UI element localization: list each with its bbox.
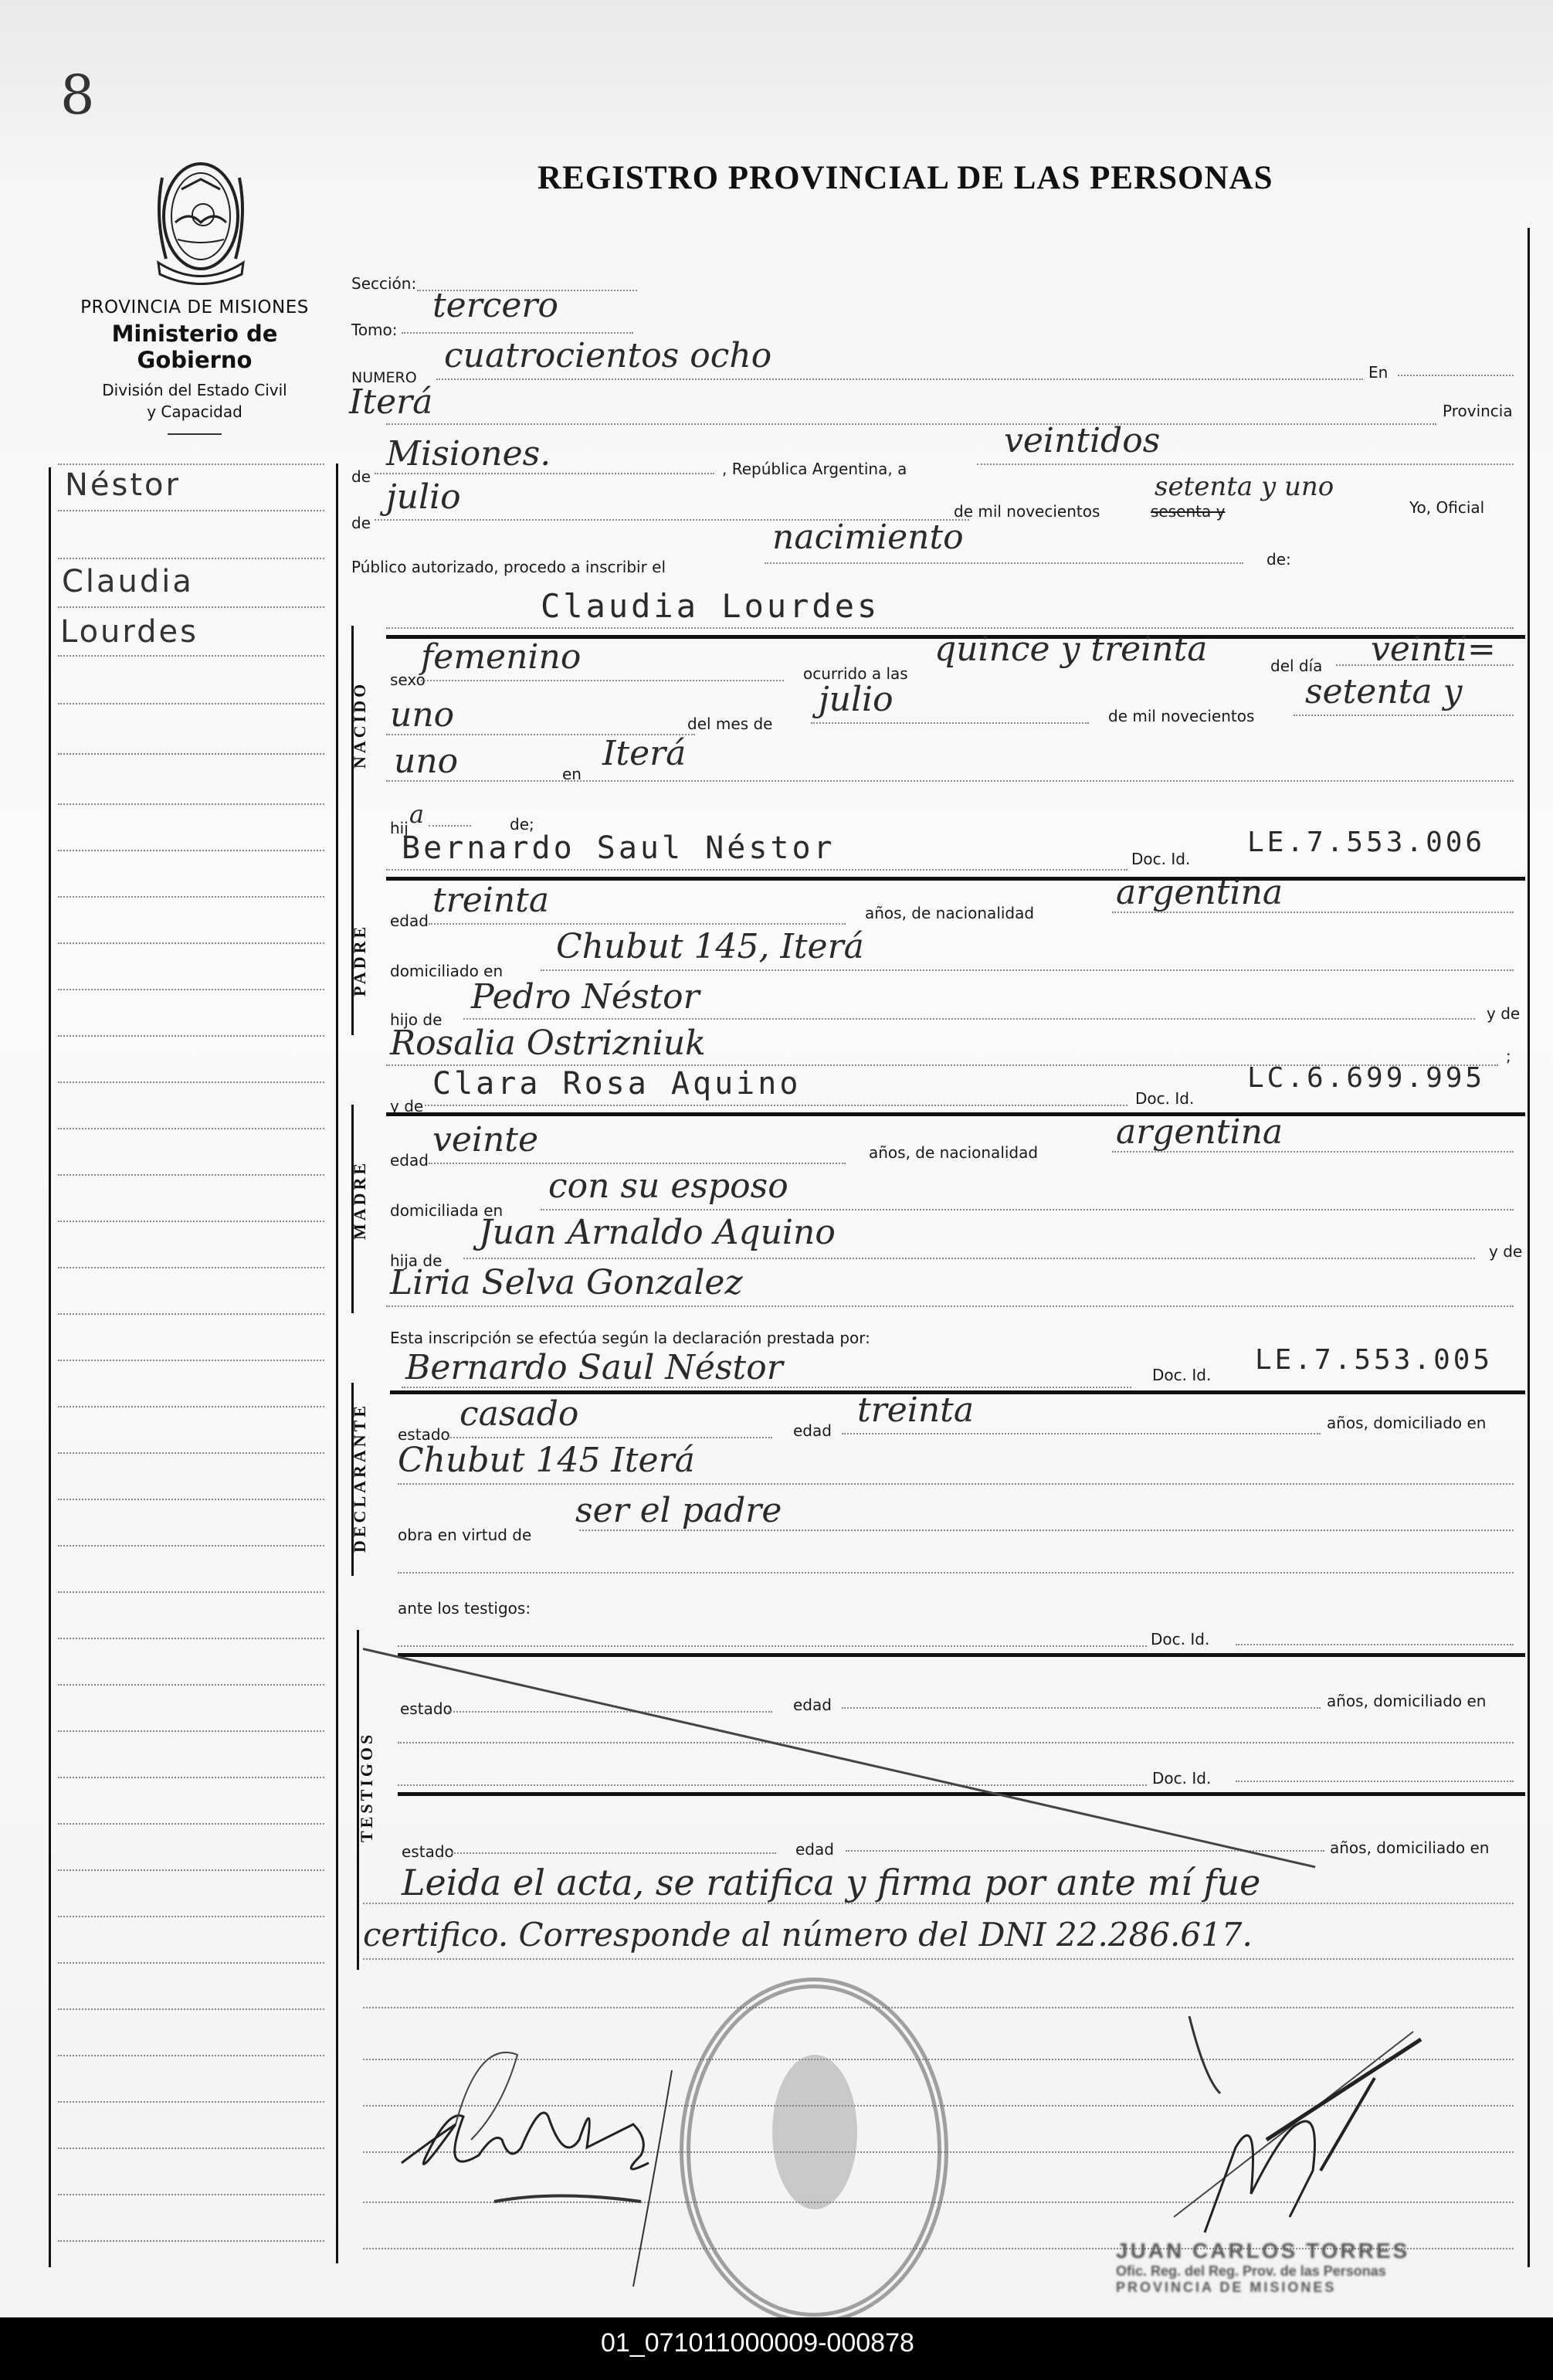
page-number: 8: [60, 63, 95, 127]
numero-field-line: [436, 379, 1363, 380]
madre-hija-de-value: Juan Arnaldo Aquino: [479, 1213, 836, 1252]
testigo-2-edad-label: edad: [795, 1840, 834, 1859]
closing-line-2: [363, 1958, 1514, 1960]
madre-madre-field-line: [386, 1305, 1514, 1307]
madre-domicilio-value: con su esposo: [548, 1166, 788, 1206]
closing-note-line-2: certifico. Corresponde al número del DNI…: [363, 1916, 1253, 1954]
oficial-label: Yo, Oficial: [1409, 498, 1484, 517]
declarante-domicilio-label: años, domiciliado en: [1327, 1414, 1486, 1432]
testigo-2-domicilio-label: años, domiciliado en: [1330, 1838, 1489, 1857]
margin-note-surname: Néstor: [65, 467, 181, 503]
testigo-1-estado-label: estado: [400, 1699, 453, 1718]
misiones-coat-of-arms-icon: [143, 154, 259, 286]
officer-name-stamp: JUAN CARLOS TORRES Ofic. Reg. del Reg. P…: [1116, 2239, 1409, 2296]
officer-signature: [1158, 2016, 1483, 2240]
testigos-intro-label: ante los testigos:: [398, 1599, 531, 1618]
padre-domicilio-field-line: [541, 969, 1514, 971]
madre-edad-field-line: [429, 1163, 846, 1164]
padre-nacionalidad-label: años, de nacionalidad: [865, 904, 1034, 922]
hijo-suffix: a: [409, 800, 424, 829]
padre-doc-value: LE.7.553.006: [1247, 827, 1485, 858]
issuer-block: PROVINCIA DE MISIONES Ministerio de Gobi…: [51, 297, 338, 435]
testigo-1-doc-field-line: [1236, 1644, 1514, 1645]
madre-doc-label: Doc. Id.: [1135, 1089, 1194, 1108]
padre-edad-label: edad: [390, 912, 429, 930]
declarante-edad-field-line: [842, 1433, 1321, 1434]
year-label: de mil novecientos: [954, 502, 1100, 521]
scan-id: 01_071011000009-000878: [601, 2328, 914, 2358]
lugar-field-line: [386, 780, 1514, 782]
issuer-province: PROVINCIA DE MISIONES: [51, 297, 338, 317]
testigo-1-estado-field-line: [448, 1711, 772, 1713]
issuer-division: División del Estado Civil y Capacidad: [51, 379, 338, 423]
section-label-declarante: DECLARANTE: [350, 1403, 370, 1553]
madre-domicilio-field-line: [541, 1209, 1514, 1210]
anio-value-1: setenta y: [1305, 672, 1462, 711]
testigo-2-estado-field-line: [452, 1852, 776, 1854]
declarante-doc-label: Doc. Id.: [1152, 1366, 1211, 1384]
tomo-label: Tomo:: [351, 321, 398, 339]
testigo-1-domicilio-field-line: [398, 1742, 1514, 1743]
margin-note-first-name: Claudia: [62, 564, 194, 599]
scan-footer-bar: 01_071011000009-000878: [0, 2317, 1553, 2380]
padre-madre-value: Rosalia Ostrizniuk: [390, 1024, 706, 1063]
declarante-domicilio-field-line: [398, 1483, 1514, 1485]
testigo-1-edad-field-line: [842, 1707, 1321, 1709]
madre-nacionalidad-label: años, de nacionalidad: [869, 1143, 1038, 1162]
declarante-intro-label: Esta inscripción se efectúa según la dec…: [390, 1329, 870, 1347]
republica-label: , República Argentina, a: [722, 460, 907, 478]
padre-y-de-label: y de: [1487, 1004, 1520, 1023]
madre-edad-value: veinte: [432, 1120, 538, 1159]
locality-value: Iterá: [349, 382, 432, 422]
provincia-label: Provincia: [1443, 402, 1513, 420]
officer-stamp-province: PROVINCIA DE MISIONES: [1116, 2280, 1409, 2296]
anio-label: de mil novecientos: [1108, 707, 1254, 725]
padre-name: Bernardo Saul Néstor: [402, 830, 836, 866]
act-type-field-line: [765, 562, 1243, 564]
hijo-suffix-line: [429, 825, 471, 827]
year-struck-text: sesenta y: [1151, 502, 1225, 521]
sexo-field-line: [421, 680, 784, 681]
de-label: de: [351, 467, 371, 486]
sexo-value: femenino: [421, 637, 581, 677]
madre-name-field-line: [425, 1105, 1127, 1106]
day-field-line: [977, 463, 1514, 465]
void-strike-line: [363, 1648, 1316, 1868]
issuer-ministry: Ministerio de Gobierno: [51, 321, 338, 373]
officer-stamp-title: Ofic. Reg. del Reg. Prov. de las Persona…: [1116, 2263, 1409, 2280]
day-value: veintidos: [1004, 421, 1160, 460]
en-field-line: [1398, 375, 1514, 376]
margin-note-second-name: Lourdes: [60, 614, 198, 650]
madre-edad-label: edad: [390, 1151, 429, 1170]
section-label-madre: MADRE: [350, 1160, 370, 1240]
testigo-2-doc-label: Doc. Id.: [1152, 1769, 1211, 1788]
issuer-rule: [168, 433, 222, 435]
declarante-doc-value: LE.7.553.005: [1255, 1344, 1493, 1376]
section-label-nacido: NACIDO: [350, 681, 370, 769]
de-colon-label: de:: [1266, 550, 1291, 569]
registered-name: Claudia Lourdes: [541, 587, 880, 625]
padre-edad-value: treinta: [432, 881, 549, 920]
act-type-value: nacimiento: [772, 518, 964, 557]
testigo-1-name-field-line: [398, 1645, 1147, 1647]
document-page: 8 REGISTRO PROVINCIAL DE LAS PERSONAS PR…: [0, 0, 1553, 2317]
month-value: julio: [386, 477, 461, 517]
left-frame-line: [49, 467, 51, 2267]
declarante-obra-value: ser el padre: [575, 1491, 782, 1530]
testigo-1-divider: [398, 1653, 1525, 1657]
declarante-estado-field-line: [448, 1437, 772, 1438]
madre-hija-de-field-line: [463, 1258, 1475, 1259]
anio-value-2: uno: [394, 742, 458, 781]
de-month-label: de: [351, 514, 371, 532]
anio-field-line: [1294, 715, 1514, 716]
mes-value: julio: [819, 680, 893, 719]
hora-value: quince y treinta: [934, 630, 1208, 669]
padre-domicilio-value: Chubut 145, Iterá: [556, 927, 864, 966]
closing-note-line-1: Leida el acta, se ratifica y firma por a…: [402, 1862, 1260, 1903]
declarante-domicilio-value: Chubut 145 Iterá: [398, 1441, 695, 1480]
publico-label: Público autorizado, procedo a inscribir …: [351, 558, 666, 576]
declarante-edad-label: edad: [793, 1421, 832, 1440]
padre-semicolon: ;: [1506, 1047, 1511, 1065]
margin-divider-line: [336, 463, 338, 2263]
tomo-value: tercero: [432, 286, 558, 325]
officer-stamp-name: JUAN CARLOS TORRES: [1116, 2239, 1409, 2263]
ruled-line: [363, 2007, 1514, 2008]
en-lugar-label: en: [562, 765, 582, 783]
padre-nacionalidad-value: argentina: [1116, 873, 1283, 912]
padre-hijo-de-field-line: [463, 1018, 1475, 1020]
dia-value-1: veinti=: [1371, 630, 1496, 669]
right-frame-line: [1528, 228, 1530, 2267]
padre-name-field-line: [386, 869, 1127, 871]
madre-y-de-label-2: y de: [1489, 1242, 1522, 1261]
testigo-1-edad-label: edad: [793, 1696, 832, 1714]
del-mes-label: del mes de: [687, 715, 772, 733]
en-label: En: [1368, 363, 1388, 382]
padre-doc-label: Doc. Id.: [1131, 850, 1190, 868]
testigo-2-name-field-line: [398, 1784, 1147, 1786]
testigo-1-doc-label: Doc. Id.: [1151, 1630, 1209, 1648]
province-value: Misiones.: [386, 434, 551, 474]
year-value: setenta y uno: [1155, 471, 1334, 502]
declarante-obra-label: obra en virtud de: [398, 1526, 531, 1544]
document-title: REGISTRO PROVINCIAL DE LAS PERSONAS: [537, 159, 1273, 197]
testigo-2-estado-label: estado: [402, 1842, 454, 1861]
locality-field-line: [386, 423, 1436, 425]
declarante-estado-value: casado: [459, 1394, 578, 1434]
testigo-2-doc-field-line: [1236, 1781, 1514, 1782]
madre-name: Clara Rosa Aquino: [432, 1066, 801, 1102]
tomo-field-line: [402, 332, 633, 334]
seccion-label: Sección:: [351, 274, 416, 293]
madre-madre-value: Liria Selva Gonzalez: [390, 1263, 743, 1302]
padre-hijo-de-value: Pedro Néstor: [471, 977, 700, 1017]
numero-value: cuatrocientos ocho: [444, 336, 771, 375]
section-label-testigos: TESTIGOS: [357, 1732, 377, 1842]
testigo-2-divider: [398, 1792, 1525, 1796]
section-label-padre: PADRE: [350, 924, 370, 996]
testigo-1-domicilio-label: años, domiciliado en: [1327, 1692, 1486, 1710]
declarant-signature: [386, 2024, 819, 2302]
dia-value-2: uno: [390, 695, 454, 735]
declarante-extra-field-line: [398, 1572, 1514, 1574]
section-divider-padre: [386, 877, 1525, 881]
declarante-edad-value: treinta: [857, 1390, 974, 1430]
mes-field-line: [811, 722, 1089, 724]
madre-doc-value: LC.6.699.995: [1247, 1062, 1485, 1094]
lugar-value: Iterá: [602, 734, 686, 773]
madre-nacionalidad-value: argentina: [1116, 1112, 1283, 1152]
section-divider-madre: [386, 1112, 1525, 1116]
padre-bracket: [351, 803, 354, 1035]
declarante-name: Bernardo Saul Néstor: [405, 1348, 783, 1387]
padre-edad-field-line: [429, 923, 846, 925]
sexo-label: sexo: [390, 671, 426, 689]
registered-name-field-line: [386, 627, 1514, 629]
